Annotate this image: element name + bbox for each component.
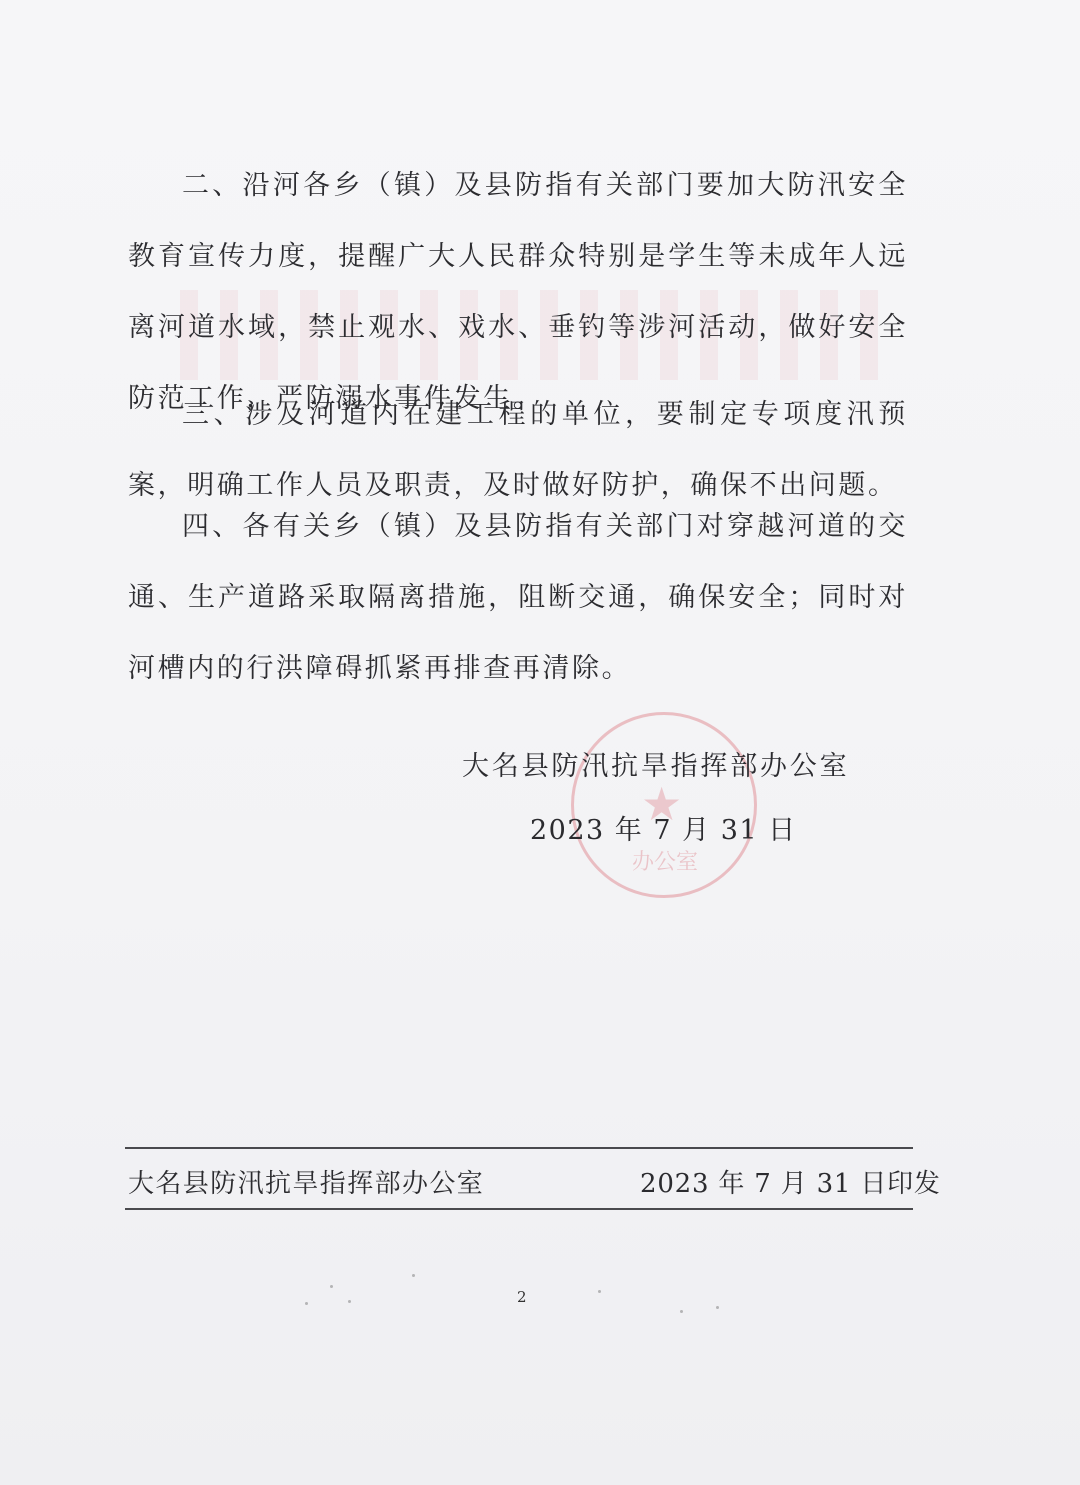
paragraph-item-4: 四、各有关乡（镇）及县防指有关部门对穿越河道的交通、生产道路采取隔离措施，阻断交… [128,491,908,704]
scan-speck [598,1290,601,1293]
scan-speck [305,1302,308,1305]
page-number: 2 [517,1288,527,1306]
scan-speck [680,1310,683,1313]
footer-issuer: 大名县防汛抗旱指挥部办公室 [128,1163,484,1200]
signature-date: 2023 年 7 月 31 日 [530,808,797,847]
scan-speck [716,1306,719,1309]
seal-bottom-text: 办公室 [632,845,698,876]
official-seal-stamp: ★ 办公室 [571,712,757,898]
footer-bottom-divider [125,1208,913,1210]
footer-top-divider [125,1147,913,1149]
scan-speck [348,1300,351,1303]
document-page: 二、沿河各乡（镇）及县防指有关部门要加大防汛安全教育宣传力度，提醒广大人民群众特… [0,0,1080,1485]
scan-speck [330,1285,333,1288]
footer-issue-date: 2023 年 7 月 31 日印发 [640,1163,941,1200]
signature-organization: 大名县防汛抗旱指挥部办公室 [462,744,849,783]
scan-speck [412,1274,415,1277]
